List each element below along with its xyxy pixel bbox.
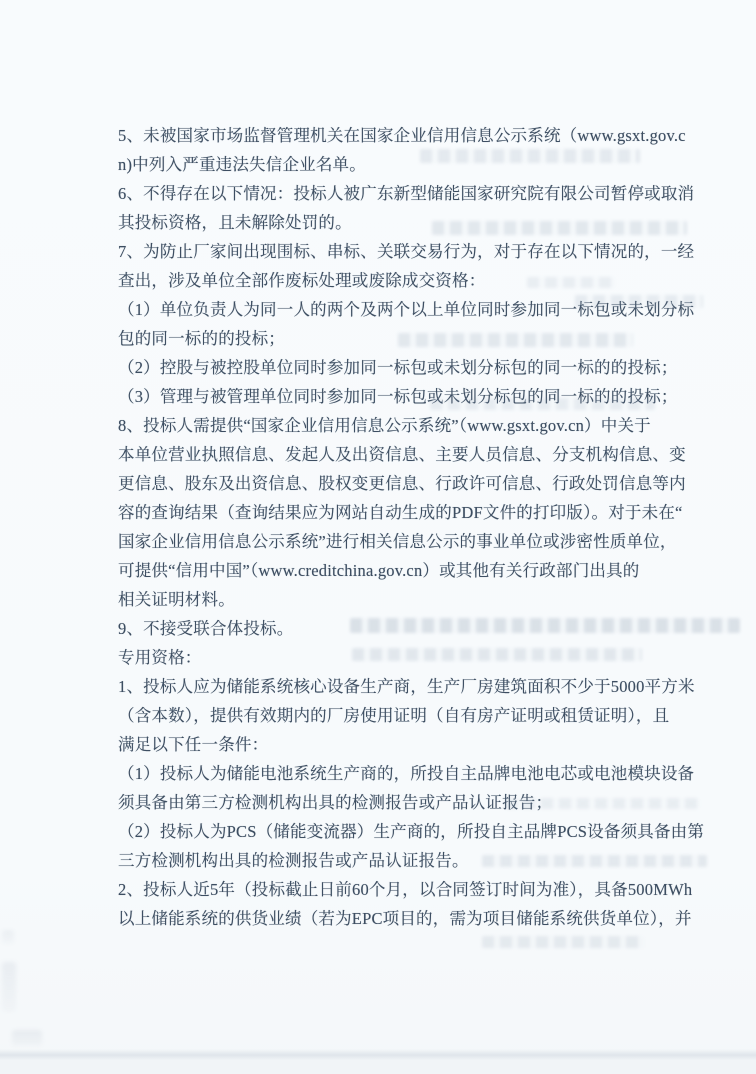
bleed-through-artifact — [482, 936, 644, 948]
scan-edge-band — [0, 1049, 756, 1060]
document-line: 国家企业信用信息公示系统”进行相关信息公示的事业单位或涉密性质单位， — [118, 527, 663, 556]
document-line: 容的查询结果（查询结果应为网站自动生成的PDF文件的打印版）。对于未在“ — [118, 498, 663, 527]
document-line: 满足以下任一条件： — [118, 730, 663, 759]
scan-edge-band — [0, 1060, 756, 1074]
bleed-through-artifact — [575, 295, 703, 308]
document-line: 8、投标人需提供“国家企业信用信息公示系统”（www.gsxt.gov.cn）中… — [118, 411, 663, 440]
bleed-through-artifact — [398, 333, 633, 347]
bleed-through-artifact — [352, 648, 642, 661]
scanned-document-page: 5、未被国家市场监督管理机关在国家企业信用信息公示系统（www.gsxt.gov… — [0, 0, 756, 1074]
document-line: 6、不得存在以下情况：投标人被广东新型储能国家研究院有限公司暂停或取消 — [118, 179, 663, 208]
document-line: （含本数），提供有效期内的厂房使用证明（自有房产证明或租赁证明），且 — [118, 701, 663, 730]
bleed-through-artifact — [350, 618, 740, 633]
document-line: 5、未被国家市场监督管理机关在国家企业信用信息公示系统（www.gsxt.gov… — [118, 121, 663, 150]
document-line: 7、为防止厂家间出现围标、串标、关联交易行为，对于存在以下情况的，一经 — [118, 237, 663, 266]
bleed-through-artifact — [432, 221, 687, 235]
document-line: （2）控股与被控股单位同时参加同一标包或未划分标包的同一标的的投标； — [118, 353, 663, 382]
bleed-through-artifact — [430, 398, 655, 410]
bleed-through-artifact — [482, 855, 707, 867]
document-line: 更信息、股东及出资信息、股权变更信息、行政许可信息、行政处罚信息等内 — [118, 469, 663, 498]
bleed-through-artifact — [505, 798, 700, 809]
document-line: 本单位营业执照信息、发起人及出资信息、主要人员信息、分支机构信息、变 — [118, 440, 663, 469]
document-line: （1）投标人为储能电池系统生产商的，所投自主品牌电池电芯或电池模块设备 — [118, 759, 663, 788]
document-line: 2、投标人近5年（投标截止日前60个月，以合同签订时间为准），具备500MWh — [118, 875, 663, 904]
document-line: 可提供“信用中国”（www.creditchina.gov.cn）或其他有关行政… — [118, 556, 663, 585]
scan-edge-smudge — [2, 930, 14, 944]
document-line: （2）投标人为PCS（储能变流器）生产商的，所投自主品牌PCS设备须具备由第 — [118, 817, 663, 846]
scan-edge-smudge — [2, 962, 16, 1012]
document-line: 相关证明材料。 — [118, 585, 663, 614]
document-line: 以上储能系统的供货业绩（若为EPC项目的，需为项目储能系统供货单位），并 — [118, 904, 663, 933]
bleed-through-artifact — [527, 277, 615, 288]
document-text: 5、未被国家市场监督管理机关在国家企业信用信息公示系统（www.gsxt.gov… — [118, 121, 663, 933]
scan-edge-smudge — [12, 1030, 42, 1046]
document-line: 1、投标人应为储能系统核心设备生产商，生产厂房建筑面积不少于5000平方米 — [118, 672, 663, 701]
bleed-through-artifact — [420, 149, 640, 163]
